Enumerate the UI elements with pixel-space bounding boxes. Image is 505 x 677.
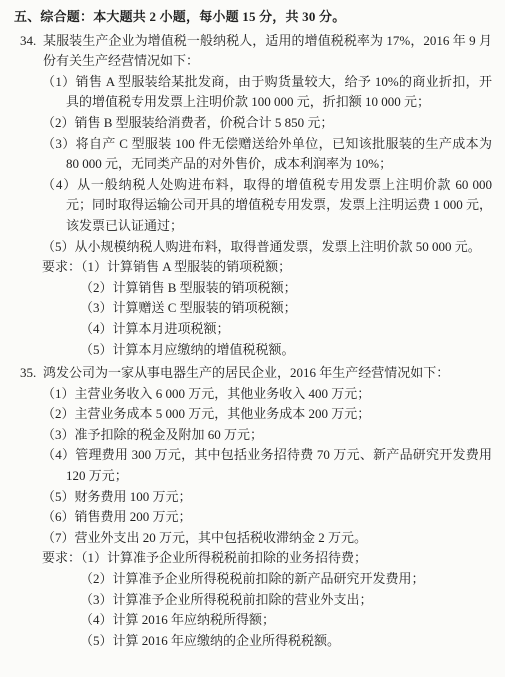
question-34-intro-text: 某服装生产企业为增值税一般纳税人，适用的增值税税率为 17%，2016 年 9 … bbox=[43, 33, 492, 69]
question-34-item-5: （5）从小规模纳税人购进布料，取得普通发票，发票上注明价款 50 000 元。 bbox=[14, 237, 492, 258]
question-34-requirement-5: （5）计算本月应缴纳的增值税税额。 bbox=[14, 340, 492, 361]
question-34-requirement-1: （1）计算销售 A 型服装的销项税额； bbox=[81, 259, 291, 274]
section-header: 五、综合题：本大题共 2 小题，每小题 15 分，共 30 分。 bbox=[14, 7, 492, 28]
question-35-requirement-1-line: 要求：（1）计算准予企业所得税税前扣除的业务招待费； bbox=[14, 548, 492, 569]
question-35-requirement-5: （5）计算 2016 年应缴纳的企业所得税税额。 bbox=[14, 631, 492, 652]
question-35-requirement-4: （4）计算 2016 年应纳税所得额； bbox=[14, 610, 492, 631]
question-34-requirement-1-line: 要求：（1）计算销售 A 型服装的销项税额； bbox=[14, 257, 492, 278]
question-35-number: 35. bbox=[20, 363, 36, 384]
question-35-item-3: （3）准予扣除的税金及附加 60 万元； bbox=[14, 425, 492, 446]
question-35-item-1: （1）主营业务收入 6 000 万元，其他业务收入 400 万元； bbox=[14, 384, 492, 405]
question-35: 35. 鸿发公司为一家从事电器生产的居民企业，2016 年生产经营情况如下： （… bbox=[14, 363, 492, 651]
question-35-requirements-label: 要求： bbox=[42, 550, 81, 565]
question-35-requirement-1: （1）计算准予企业所得税税前扣除的业务招待费； bbox=[81, 550, 367, 565]
question-35-requirement-3: （3）计算准予企业所得税税前扣除的营业外支出； bbox=[14, 590, 492, 611]
question-35-item-5: （5）财务费用 100 万元； bbox=[14, 487, 492, 508]
question-35-item-2: （2）主营业务成本 5 000 万元，其他业务成本 200 万元； bbox=[14, 404, 492, 425]
exam-page: 五、综合题：本大题共 2 小题，每小题 15 分，共 30 分。 34. 某服装… bbox=[0, 0, 505, 677]
question-35-intro: 35. 鸿发公司为一家从事电器生产的居民企业，2016 年生产经营情况如下： bbox=[14, 363, 492, 384]
question-35-item-4: （4）管理费用 300 万元，其中包括业务招待费 70 万元、新产品研究开发费用… bbox=[14, 445, 492, 486]
question-34-requirement-2: （2）计算销售 B 型服装的销项税额； bbox=[14, 278, 492, 299]
question-35-item-7: （7）营业外支出 20 万元，其中包括税收滞纳金 2 万元。 bbox=[14, 528, 492, 549]
question-35-item-6: （6）销售费用 200 万元； bbox=[14, 507, 492, 528]
question-34-item-3: （3）将自产 C 型服装 100 件无偿赠送给外单位，已知该批服装的生产成本为 … bbox=[14, 134, 492, 175]
question-34-requirement-3: （3）计算赠送 C 型服装的销项税额； bbox=[14, 298, 492, 319]
question-34-item-2: （2）销售 B 型服装给消费者，价税合计 5 850 元； bbox=[14, 113, 492, 134]
question-35-requirement-2: （2）计算准予企业所得税税前扣除的新产品研究开发费用； bbox=[14, 569, 492, 590]
question-34-item-4: （4）从一般纳税人处购进布料，取得的增值税专用发票上注明价款 60 000 元；… bbox=[14, 175, 492, 237]
question-34-requirements-label: 要求： bbox=[42, 259, 81, 274]
question-34-number: 34. bbox=[20, 31, 36, 52]
question-34: 34. 某服装生产企业为增值税一般纳税人，适用的增值税税率为 17%，2016 … bbox=[14, 31, 492, 361]
question-34-requirement-4: （4）计算本月进项税额； bbox=[14, 319, 492, 340]
question-34-item-1: （1）销售 A 型服装给某批发商，由于购货量较大，给予 10%的商业折扣，开具的… bbox=[14, 72, 492, 113]
question-35-intro-text: 鸿发公司为一家从事电器生产的居民企业，2016 年生产经营情况如下： bbox=[43, 365, 449, 380]
question-34-intro: 34. 某服装生产企业为增值税一般纳税人，适用的增值税税率为 17%，2016 … bbox=[14, 31, 492, 72]
